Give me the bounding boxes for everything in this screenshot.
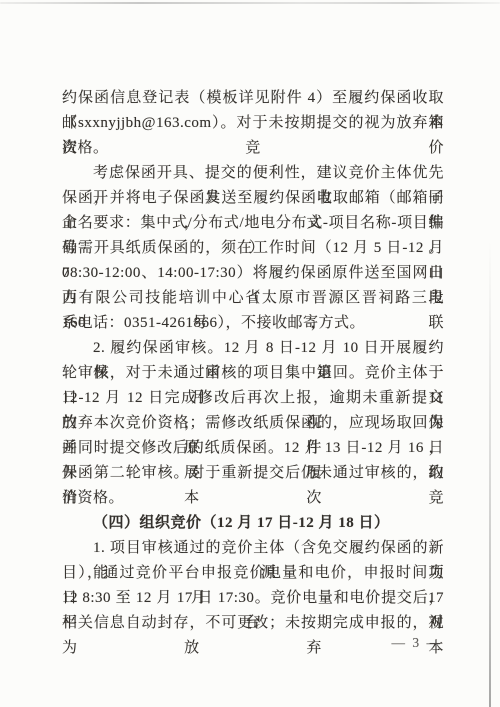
document-text-line: （sxxnyjjbh@163.com）。对于未按期提交的视为放弃本次竞价 xyxy=(62,111,444,136)
document-text-line: 轮审核，对于未通过审核的项目集中退回。竞价主体于 12 月 11 xyxy=(62,361,444,386)
page-number: — 3 — xyxy=(392,633,443,653)
scan-edge-right-artifact xyxy=(489,240,491,707)
document-text-line: 约保函信息登记表（模板详见附件 4）至履约保函收取邮箱 xyxy=(62,86,444,111)
scan-edge-top-artifact xyxy=(0,2,500,4)
document-text-line: 放弃本次竞价资格；需修改纸质保函的，应现场取回保函原件， xyxy=(62,411,444,436)
document-text-line: 并同时提交修改后的纸质保函。12 月 13 日-12 月 16 日开展履约 xyxy=(62,436,444,461)
document-text-line: 目），通过竞价平台申报竞价电量和电价，申报时间为 12 月 17 xyxy=(62,561,444,586)
document-text-line: 2. 履约保函审核。12 月 8 日-12 月 10 日开展履约保函第一 xyxy=(62,336,444,361)
document-body: 约保函信息登记表（模板详见附件 4）至履约保函收取邮箱（sxxnyjjbh@16… xyxy=(62,86,444,636)
document-text-line: 相关信息自动封存，不可更改；未按期完成申报的，视为放弃本 xyxy=(62,611,444,636)
document-text-line: 考虑保函开具、提交的便利性，建议竞价主体优先开具电子 xyxy=(62,161,444,186)
document-text-line: 保函，并将电子保函发送至履约保函收取邮箱（邮箱同上，文件 xyxy=(62,186,444,211)
document-text-line: 力有限公司技能培训中心（太原市晋源区晋祠路三段 160 号，联 xyxy=(62,286,444,311)
document-text-line: （四）组织竞价（12 月 17 日-12 月 18 日） xyxy=(62,511,444,536)
scanned-document-page: 约保函信息登记表（模板详见附件 4）至履约保函收取邮箱（sxxnyjjbh@16… xyxy=(0,0,500,707)
document-text-line: 08:30-12:00、14:00-17:30）将履约保函原件送至国网山西省电 xyxy=(62,261,444,286)
document-text-line: 日 8:30 至 12 月 17 日 17:30。竞价电量和电价提交后，平台对 xyxy=(62,586,444,611)
document-text-line: 确需开具纸质保函的，须在工作时间（12 月 5 日-12 月 7 日 xyxy=(62,236,444,261)
document-text-line: 1. 项目审核通过的竞价主体（含免交履约保函的新能源项 xyxy=(62,536,444,561)
document-text-line: 命名要求：集中式/分布式/地电分布式-项目名称-项目编号）。 xyxy=(62,211,444,236)
document-text-line: 日-12 月 12 日完成修改后再次上报，逾期未重新提交的，视为 xyxy=(62,386,444,411)
document-text-line: 保函第二轮审核。对于重新提交后仍未通过审核的，取消本次竞 xyxy=(62,461,444,486)
